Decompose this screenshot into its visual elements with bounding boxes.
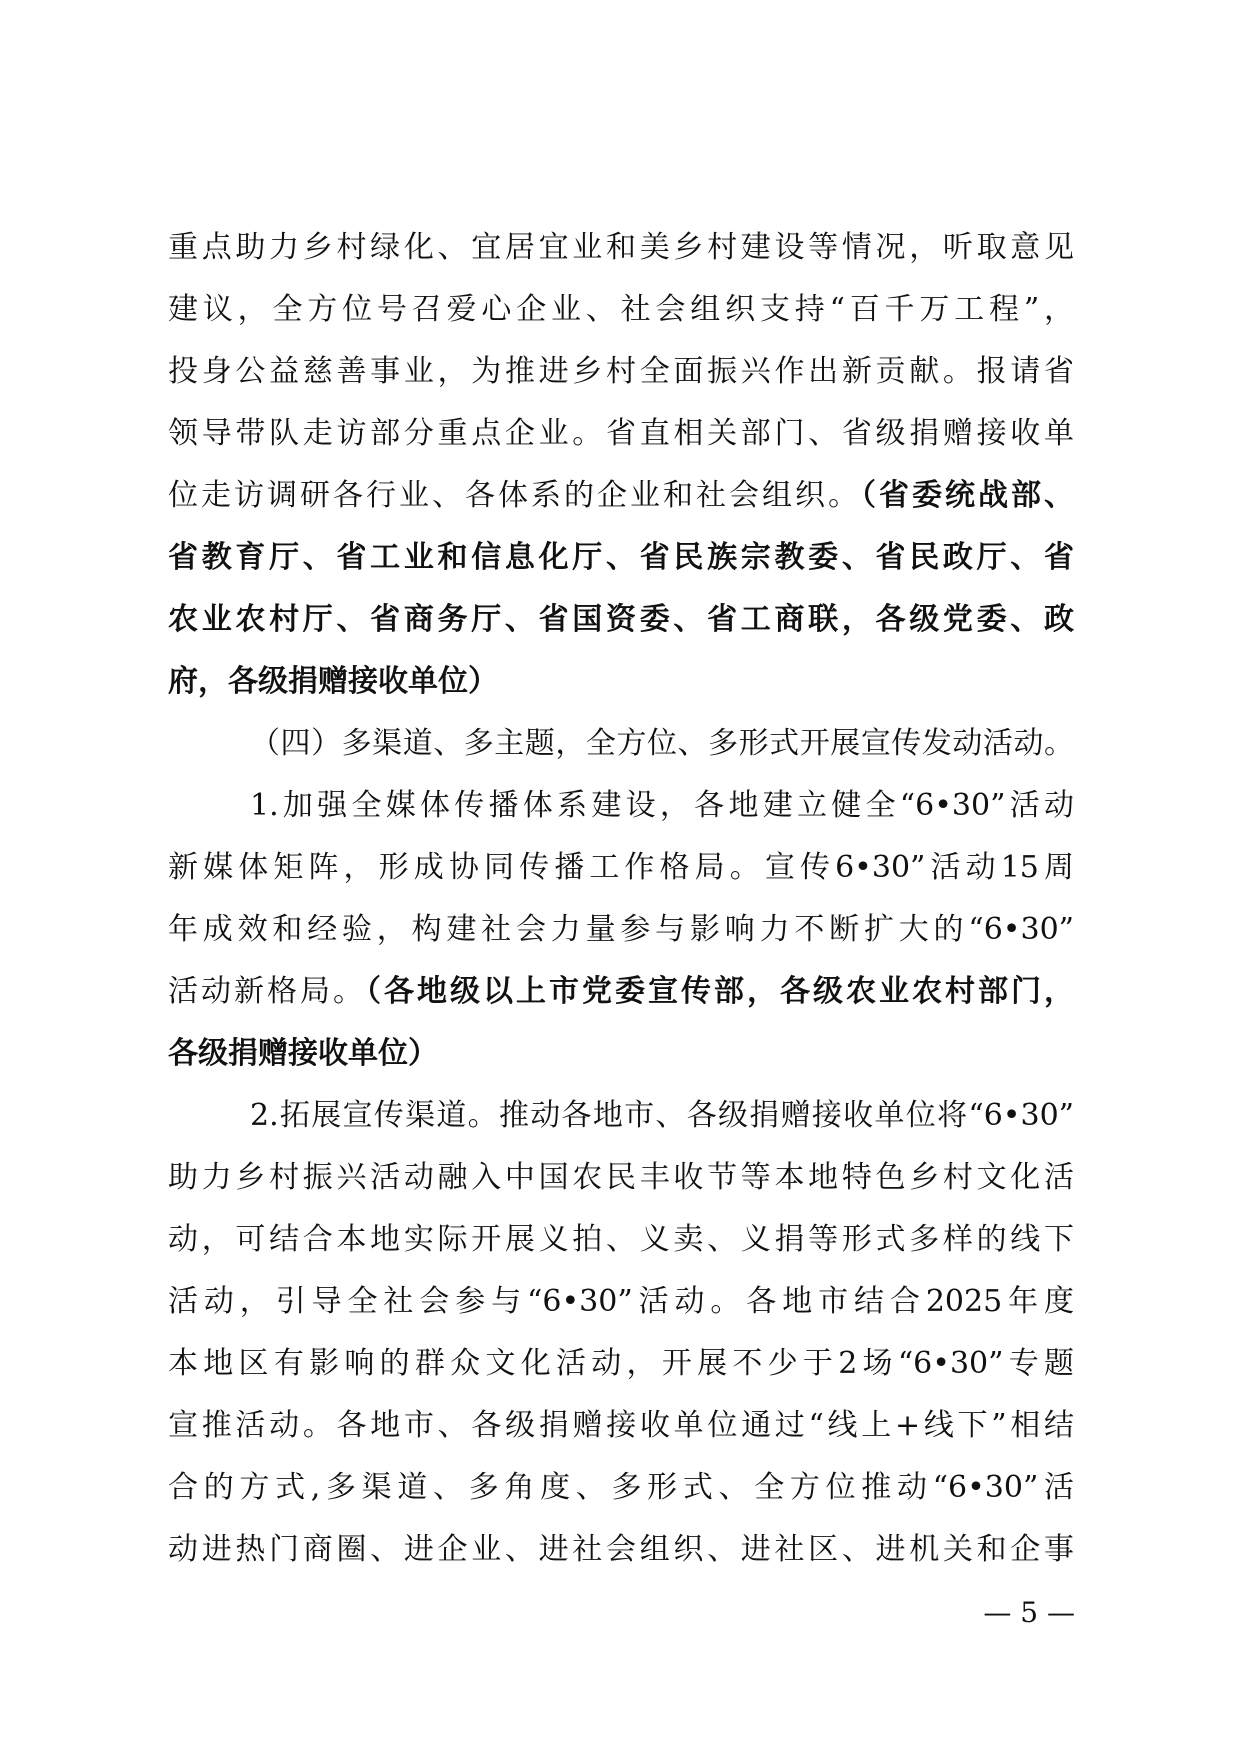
responsible-units-bold: 府，各级捐赠接收单位） <box>168 664 498 699</box>
text-segment: 助力乡村振兴活动融入中国农民丰收节等本地特色乡村文化活 <box>168 1160 1074 1195</box>
page-number: — 5 — <box>975 1596 1075 1630</box>
text-line: 活动新格局。（各地级以上市党委宣传部，各级农业农村部门， <box>168 961 1074 1023</box>
text-segment: 年成效和经验，构建社会力量参与影响力不断扩大的“6•30” <box>168 912 1074 947</box>
text-line: 动进热门商圈、进企业、进社会组织、进社区、进机关和企事 <box>168 1519 1074 1581</box>
text-line: 建议，全方位号召爱心企业、社会组织支持“百千万工程”， <box>168 279 1074 341</box>
responsible-units-bold: （省委统战部、 <box>861 478 1074 513</box>
text-line: 本地区有影响的群众文化活动，开展不少于2场“6•30”专题 <box>168 1333 1074 1395</box>
text-segment: 本地区有影响的群众文化活动，开展不少于2场“6•30”专题 <box>168 1346 1074 1381</box>
text-line: 助力乡村振兴活动融入中国农民丰收节等本地特色乡村文化活 <box>168 1147 1074 1209</box>
text-segment: 新媒体矩阵，形成协同传播工作格局。宣传6•30”活动15周 <box>168 850 1074 885</box>
responsible-units-bold: 各级捐赠接收单位） <box>168 1036 438 1071</box>
text-line: 投身公益慈善事业，为推进乡村全面振兴作出新贡献。报请省 <box>168 341 1074 403</box>
text-line: 活动，引导全社会参与“6•30”活动。各地市结合2025年度 <box>168 1271 1074 1333</box>
responsible-units-bold: （各地级以上市党委宣传部，各级农业农村部门， <box>366 974 1074 1009</box>
text-segment: 建议，全方位号召爱心企业、社会组织支持“百千万工程”， <box>168 292 1074 327</box>
text-segment: 活动，引导全社会参与“6•30”活动。各地市结合2025年度 <box>168 1284 1074 1319</box>
text-segment: 动，可结合本地实际开展义拍、义卖、义捐等形式多样的线下 <box>168 1222 1074 1257</box>
responsible-units-bold: 省教育厅、省工业和信息化厅、省民族宗教委、省民政厅、省 <box>168 540 1074 575</box>
body-text: 重点助力乡村绿化、宜居宜业和美乡村建设等情况，听取意见 建议，全方位号召爱心企业… <box>168 217 1074 1581</box>
text-segment: 重点助力乡村绿化、宜居宜业和美乡村建设等情况，听取意见 <box>168 230 1074 265</box>
text-segment: 位走访调研各行业、各体系的企业和社会组织。 <box>168 478 861 513</box>
text-line: 位走访调研各行业、各体系的企业和社会组织。（省委统战部、 <box>168 465 1074 527</box>
responsible-units-bold: 农业农村厅、省商务厅、省国资委、省工商联，各级党委、政 <box>168 602 1074 637</box>
text-segment: 活动新格局。 <box>168 974 366 1009</box>
text-segment: 动进热门商圈、进企业、进社会组织、进社区、进机关和企事 <box>168 1532 1074 1567</box>
text-line: 1.加强全媒体传播体系建设，各地建立健全“6•30”活动 <box>168 775 1074 837</box>
text-segment: 领导带队走访部分重点企业。省直相关部门、省级捐赠接收单 <box>168 416 1074 451</box>
text-line: 年成效和经验，构建社会力量参与影响力不断扩大的“6•30” <box>168 899 1074 961</box>
text-segment: 投身公益慈善事业，为推进乡村全面振兴作出新贡献。报请省 <box>168 354 1074 389</box>
text-line: 府，各级捐赠接收单位） <box>168 651 1074 713</box>
text-line: 2.拓展宣传渠道。推动各地市、各级捐赠接收单位将“6•30” <box>168 1085 1074 1147</box>
item-1-text: 1.加强全媒体传播体系建设，各地建立健全“6•30”活动 <box>250 788 1074 823</box>
section-heading-text: （四）多渠道、多主题，全方位、多形式开展宣传发动活动。 <box>250 726 1074 761</box>
document-page: 重点助力乡村绿化、宜居宜业和美乡村建设等情况，听取意见 建议，全方位号召爱心企业… <box>0 0 1241 1755</box>
section-heading: （四）多渠道、多主题，全方位、多形式开展宣传发动活动。 <box>168 713 1074 775</box>
text-line: 重点助力乡村绿化、宜居宜业和美乡村建设等情况，听取意见 <box>168 217 1074 279</box>
text-line: 新媒体矩阵，形成协同传播工作格局。宣传6•30”活动15周 <box>168 837 1074 899</box>
text-segment: 宣推活动。各地市、各级捐赠接收单位通过“线上+线下”相结 <box>168 1408 1074 1443</box>
text-line: 农业农村厅、省商务厅、省国资委、省工商联，各级党委、政 <box>168 589 1074 651</box>
text-line: 合的方式,多渠道、多角度、多形式、全方位推动“6•30”活 <box>168 1457 1074 1519</box>
text-line: 动，可结合本地实际开展义拍、义卖、义捐等形式多样的线下 <box>168 1209 1074 1271</box>
text-segment: 合的方式,多渠道、多角度、多形式、全方位推动“6•30”活 <box>168 1470 1074 1505</box>
text-line: 各级捐赠接收单位） <box>168 1023 1074 1085</box>
text-line: 领导带队走访部分重点企业。省直相关部门、省级捐赠接收单 <box>168 403 1074 465</box>
text-line: 宣推活动。各地市、各级捐赠接收单位通过“线上+线下”相结 <box>168 1395 1074 1457</box>
item-2-text: 2.拓展宣传渠道。推动各地市、各级捐赠接收单位将“6•30” <box>250 1098 1074 1133</box>
text-line: 省教育厅、省工业和信息化厅、省民族宗教委、省民政厅、省 <box>168 527 1074 589</box>
